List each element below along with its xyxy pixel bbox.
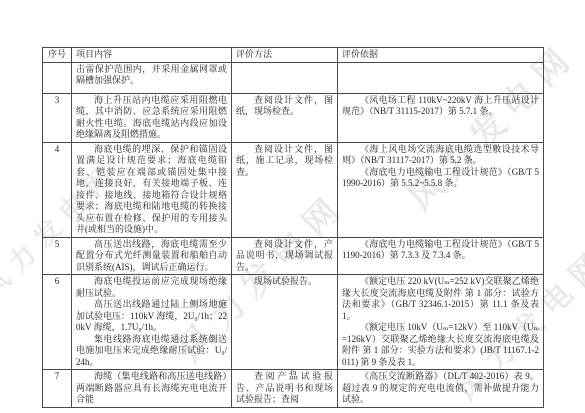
table-row-3: 3 海上升压站内电缆应采用阻燃电缆，其中消防、应急系统应采用阻燃耐火性电缆。海底… — [43, 93, 544, 142]
column-header-basis: 评价依据 — [338, 48, 544, 63]
paragraph: 海上升压站内电缆应采用阻燃电缆，其中消防、应急系统应采用阻燃耐火性电缆。海底电缆… — [76, 95, 227, 141]
row-number — [43, 62, 72, 93]
paragraph: 集电线路海底电缆通过系统倒送电施加电压来完成绝缘耐压试验：U₀/24h。 — [76, 334, 227, 369]
paragraph: 《海上风电场交流海底电缆选型敷设技术导则》（NB/T 31117-2017）第 … — [342, 144, 539, 167]
cell-basis: 《风电场工程 110kV~220kV 海上升压站设计规范》（NB/T 31115… — [338, 93, 544, 142]
paragraph: 海缆（集电线路和高压送电线路）两端断路器应具有长海缆充电电流开合能 — [76, 371, 227, 406]
paragraph: 高压送出线路，海底电缆需至少配置分布式光纤测量装置和船舶自动识别系统(AIS)，… — [76, 239, 227, 274]
column-header-no: 序号 — [43, 48, 72, 63]
cell-method — [232, 62, 338, 93]
cell-content: 海上升压站内电缆应采用阻燃电缆，其中消防、应急系统应采用阻燃耐火性电缆。海底电缆… — [72, 93, 232, 142]
cell-basis: 《海上风电场交流海底电缆选型敷设技术导则》（NB/T 31117-2017）第 … — [338, 142, 544, 237]
row-number: 5 — [43, 237, 72, 275]
cell-basis — [338, 62, 544, 93]
cell-method: 查阅设计文件，产品说明书，现场调试报告。 — [232, 237, 338, 275]
table-row-6: 6 海底电缆投运前应完成现场绝缘耐压试验。 高压送出线路通过陆上侧场地施加试验电… — [43, 275, 544, 370]
column-header-method: 评价方法 — [232, 48, 338, 63]
paragraph: 查阅设计文件，图纸，现场检查。 — [236, 95, 333, 118]
cell-content: 高压送出线路，海底电缆需至少配置分布式光纤测量装置和船舶自动识别系统(AIS)，… — [72, 237, 232, 275]
paragraph: 《高压交流断路器》（DL/T 402-2016）表 9。超过表 9 的规定的充电… — [342, 371, 539, 406]
paragraph: 《海底电力电缆输电工程设计规范》（GB/T 51190-2016）第 7.3.3… — [342, 239, 539, 262]
table-row-continuation: 击雷保护范围内，并采用金属网罩或隔槽加强保护。 — [43, 62, 544, 93]
cell-method: 查阅设计文件，图纸，现场检查。 — [232, 93, 338, 142]
row-number: 6 — [43, 275, 72, 370]
paragraph: 查阅产品试验报告、产品说明书和现场试验报告；查阅 — [236, 371, 333, 406]
table-header-row: 序号 项目内容 评价方法 评价依据 — [43, 48, 544, 63]
paragraph: 《额定电压 10kV（Uₘ=12kV）至 110kV（Uₘ=126kV）交联聚乙… — [342, 322, 539, 368]
paragraph: 击雷保护范围内，并采用金属网罩或隔槽加强保护。 — [76, 64, 227, 87]
cell-method: 查阅设计文件，图纸，施工记录，现场检查。 — [232, 142, 338, 237]
table-row-5: 5 高压送出线路，海底电缆需至少配置分布式光纤测量装置和船舶自动识别系统(AIS… — [43, 237, 544, 275]
paragraph: 《风电场工程 110kV~220kV 海上升压站设计规范》（NB/T 31115… — [342, 95, 539, 118]
column-header-content: 项目内容 — [72, 48, 232, 63]
document-page: 风力发电网 风力发电网 风力发电网 风力发电网 序号 项目内容 评价方法 评价依… — [0, 0, 585, 413]
cell-method: 现场试验报告。 — [232, 275, 338, 370]
cell-content: 击雷保护范围内，并采用金属网罩或隔槽加强保护。 — [72, 62, 232, 93]
row-number: 4 — [43, 142, 72, 237]
cell-basis: 《海底电力电缆输电工程设计规范》（GB/T 51190-2016）第 7.3.3… — [338, 237, 544, 275]
row-number: 3 — [43, 93, 72, 142]
paragraph: 《海底电力电缆输电工程设计规范》（GB/T 51990-2016）第 5.5.2… — [342, 167, 539, 190]
paragraph: 现场试验报告。 — [236, 276, 333, 288]
paragraph: 海底电缆的埋深、保护和锚固设置满足设计规范要求；海底电缆铅套、铠装应在端部或锚固… — [76, 144, 227, 236]
cell-basis: 《额定电压 220 kV(Uₘ=252 kV)交联聚乙烯绝缘大长度交流海底电缆及… — [338, 275, 544, 370]
paragraph: 查阅设计文件，产品说明书，现场调试报告。 — [236, 239, 333, 274]
page-number: 25 — [0, 367, 585, 376]
paragraph: 《额定电压 220 kV(Uₘ=252 kV)交联聚乙烯绝缘大长度交流海底电缆及… — [342, 276, 539, 322]
cell-content: 海底电缆投运前应完成现场绝缘耐压试验。 高压送出线路通过陆上侧场地施加试验电压：… — [72, 275, 232, 370]
paragraph: 高压送出线路通过陆上侧场地施加试验电压：110kV 海缆，2U₀/1h；220k… — [76, 299, 227, 334]
evaluation-criteria-table: 序号 项目内容 评价方法 评价依据 击雷保护范围内，并采用金属网罩或隔槽加强保护… — [42, 47, 544, 408]
table-row-4: 4 海底电缆的埋深、保护和锚固设置满足设计规范要求；海底电缆铅套、铠装应在端部或… — [43, 142, 544, 237]
cell-content: 海底电缆的埋深、保护和锚固设置满足设计规范要求；海底电缆铅套、铠装应在端部或锚固… — [72, 142, 232, 237]
paragraph: 海底电缆投运前应完成现场绝缘耐压试验。 — [76, 276, 227, 299]
paragraph: 查阅设计文件，图纸，施工记录，现场检查。 — [236, 144, 333, 179]
